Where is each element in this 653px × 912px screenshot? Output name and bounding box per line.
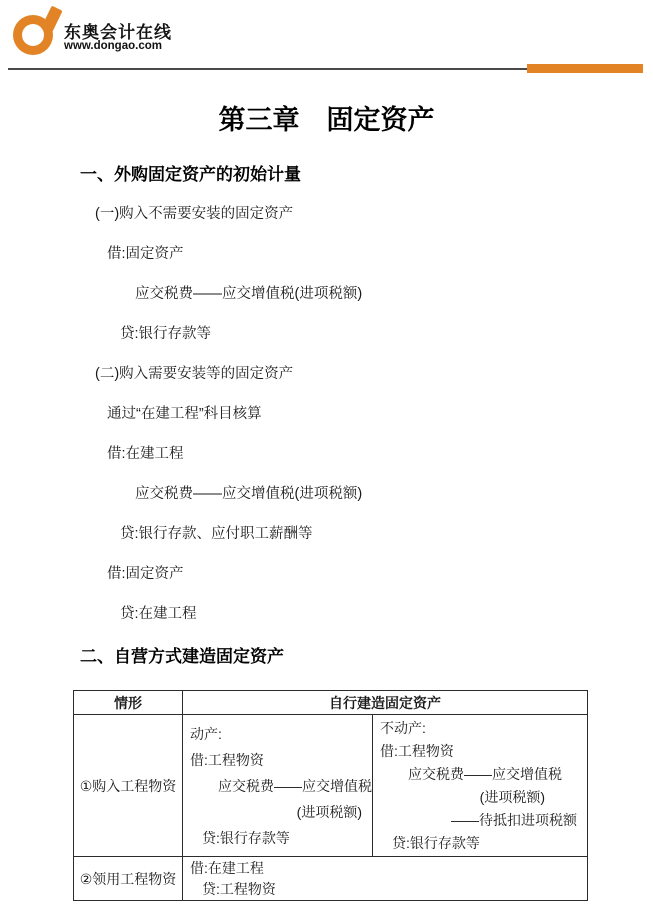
body-line: 贷:银行存款等: [0, 314, 653, 354]
table-row: ①购入工程物资 动产: 借:工程物资 应交税费——应交增值税 (进项税额) 贷:…: [74, 715, 588, 857]
row2-content-cell: 借:在建工程 贷:工程物资: [183, 857, 588, 901]
body-line: (一)购入不需要安装的固定资产: [0, 194, 653, 234]
body-line: 应交税费——应交增值税(进项税额): [0, 474, 653, 514]
row1-immovable-cell: 不动产: 借:工程物资 应交税费——应交增值税 (进项税额) ——待抵扣进项税额…: [373, 715, 588, 857]
body-line: 应交税费——应交增值税(进项税额): [0, 274, 653, 314]
header-divider-line: [8, 68, 528, 70]
body-line: 借:固定资产: [0, 554, 653, 594]
table-line: 借:在建工程: [183, 858, 587, 879]
row2-label: ②领用工程物资: [74, 857, 183, 901]
self-build-table: 情形 自行建造固定资产 ①购入工程物资 动产: 借:工程物资 应交税费——应交增…: [73, 690, 588, 901]
logo-ball-shape: [26, 29, 40, 43]
table-line: 应交税费——应交增值税: [373, 763, 587, 786]
section-heading-1: 一、外购固定资产的初始计量: [80, 164, 301, 186]
header-accent-bar: [527, 64, 643, 73]
table-line: 应交税费——应交增值税: [183, 773, 372, 799]
body-line: 借:在建工程: [0, 434, 653, 474]
table-line: 贷:银行存款等: [183, 825, 372, 851]
table-line: ——待抵扣进项税额: [373, 809, 587, 832]
dongao-logo-icon: [13, 7, 63, 59]
table-line: 借:工程物资: [373, 740, 587, 763]
journal-entry-lines: (一)购入不需要安装的固定资产 借:固定资产 应交税费——应交增值税(进项税额)…: [0, 194, 653, 634]
body-line: (二)购入需要安装等的固定资产: [0, 354, 653, 394]
chapter-title: 第三章 固定资产: [0, 98, 653, 137]
body-line: 通过“在建工程”科目核算: [0, 394, 653, 434]
body-line: 贷:在建工程: [0, 594, 653, 634]
table-header-self-build: 自行建造固定资产: [183, 691, 588, 715]
table-line: 动产:: [183, 721, 372, 747]
table-row: ②领用工程物资 借:在建工程 贷:工程物资: [74, 857, 588, 901]
row1-movable-cell: 动产: 借:工程物资 应交税费——应交增值税 (进项税额) 贷:银行存款等: [183, 715, 373, 857]
table-line: 贷:银行存款等: [373, 832, 587, 855]
section-heading-2: 二、自营方式建造固定资产: [80, 646, 284, 668]
table-header-situation: 情形: [74, 691, 183, 715]
body-line: 贷:银行存款、应付职工薪酬等: [0, 514, 653, 554]
table-line: 贷:工程物资: [183, 879, 587, 900]
logo-ascender-shape: [41, 6, 62, 33]
table-line: (进项税额): [183, 799, 372, 825]
document-page: 东奥会计在线 www.dongao.com 第三章 固定资产 一、外购固定资产的…: [0, 0, 653, 912]
table-header-row: 情形 自行建造固定资产: [74, 691, 588, 715]
table-line: 不动产:: [373, 717, 587, 740]
row1-label: ①购入工程物资: [74, 715, 183, 857]
brand-url: www.dongao.com: [64, 40, 162, 52]
body-line: 借:固定资产: [0, 234, 653, 274]
table-line: (进项税额): [373, 786, 587, 809]
table-line: 借:工程物资: [183, 747, 372, 773]
